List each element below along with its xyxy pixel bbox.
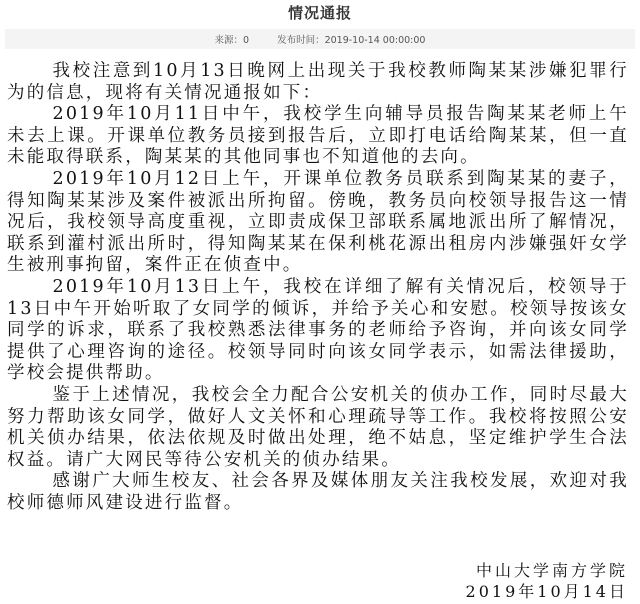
paragraph-oct-11: 2019年10月11日中午，我校学生向辅导员报告陶某某老师上午未去上课。开课单位… — [7, 104, 629, 169]
paragraph-intro: 我校注意到10月13日晚网上出现关于我校教师陶某某涉嫌犯罪行为的信息，现将有关情… — [7, 61, 629, 104]
paragraph-response: 鉴于上述情况，我校会全力配合公安机关的侦办工作，同时尽最大努力帮助该女同学，做好… — [7, 385, 629, 471]
paragraph-thanks: 感谢广大师生校友、社会各界及媒体朋友关注我校发展，欢迎对我校师德师风建设进行监督… — [7, 471, 629, 514]
signature-date: 2019年10月14日 — [466, 581, 628, 602]
signature-organization: 中山大学南方学院 — [466, 560, 628, 581]
page-title: 情况通报 — [0, 2, 640, 23]
publish-time-label: 发布时间：2019-10-14 00:00:00 — [277, 32, 425, 46]
paragraph-oct-13: 2019年10月13日上午，我校在详细了解有关情况后，校领导于13日中午开始听取… — [7, 277, 629, 385]
notice-body: 我校注意到10月13日晚网上出现关于我校教师陶某某涉嫌犯罪行为的信息，现将有关情… — [7, 61, 629, 514]
source-label: 来源：0 — [215, 32, 250, 46]
signature-block: 中山大学南方学院 2019年10月14日 — [466, 560, 628, 602]
paragraph-oct-12: 2019年10月12日上午，开课单位教务员联系到陶某某的妻子，得知陶某某涉及案件… — [7, 169, 629, 277]
meta-bar: 来源：0 发布时间：2019-10-14 00:00:00 — [5, 29, 635, 49]
